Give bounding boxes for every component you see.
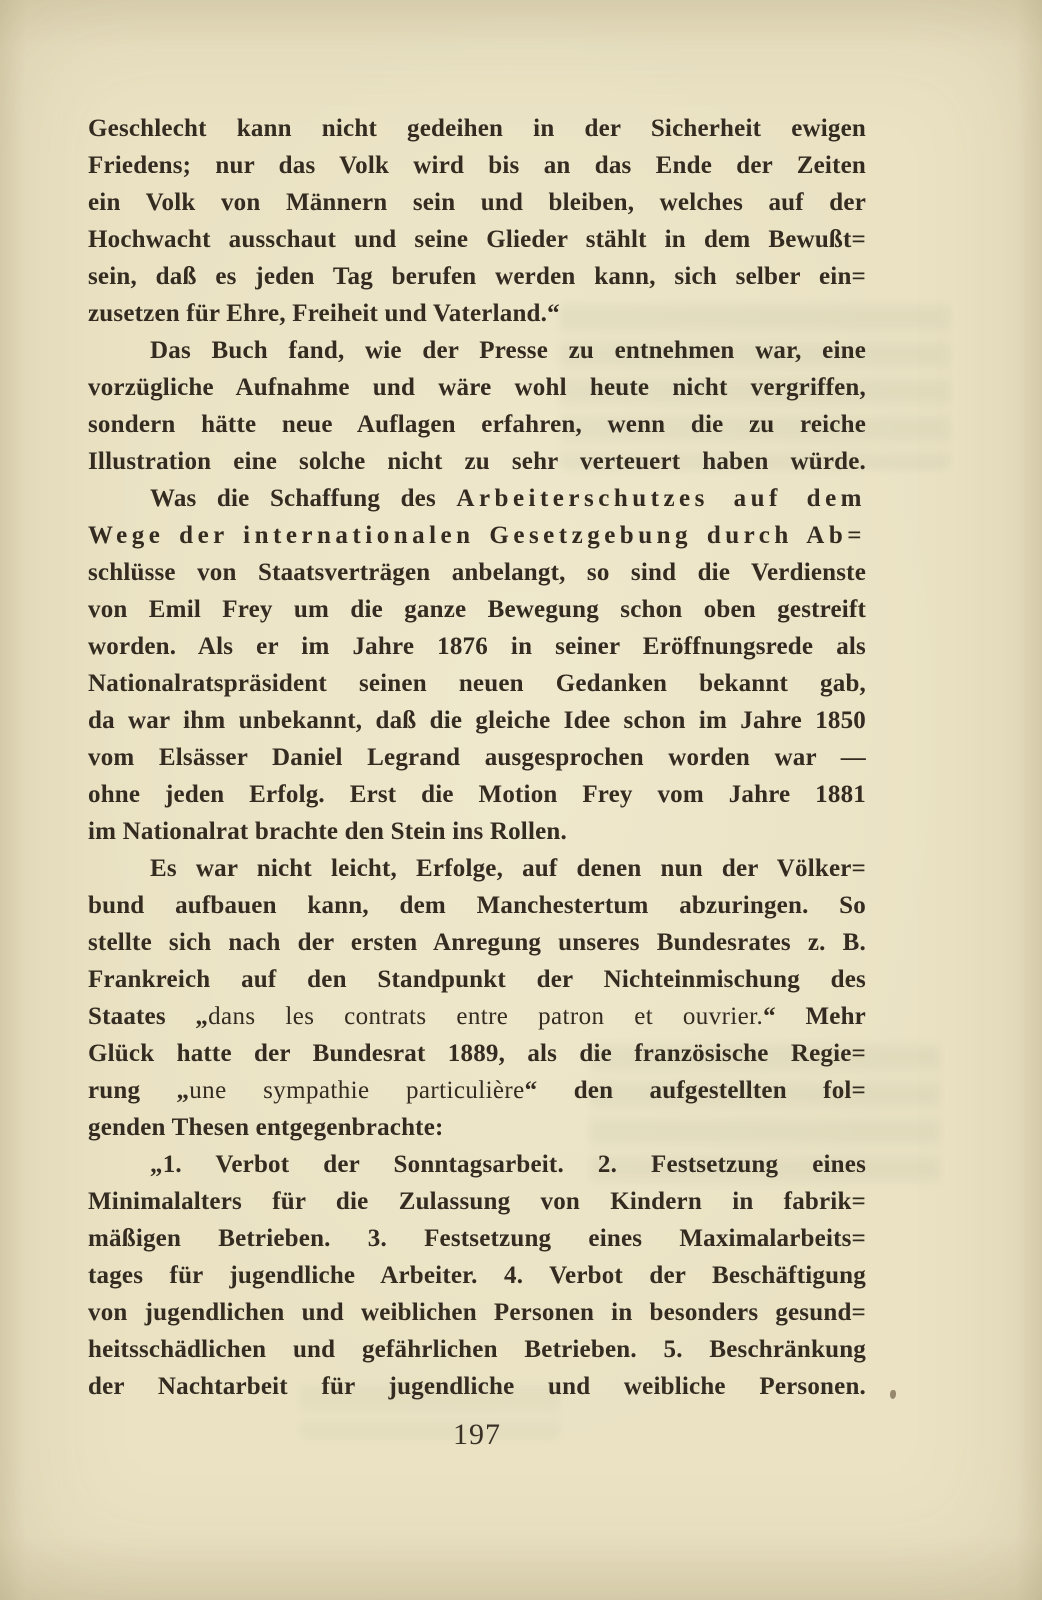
text-line: mäßigen Betrieben. 3. Festsetzung eines … <box>88 1220 866 1257</box>
fraktur-text: Friedens; nur das Volk wird bis an das E… <box>88 152 866 179</box>
text-line: Geschlecht kann nicht gedeihen in der Si… <box>88 110 866 147</box>
text-line: Friedens; nur das Volk wird bis an das E… <box>88 147 866 184</box>
fraktur-text: vorzügliche Aufnahme und wäre wohl heute… <box>88 374 866 401</box>
fraktur-text: Staates „ <box>88 1003 208 1030</box>
text-line: bund aufbauen kann, dem Manchestertum ab… <box>88 887 866 924</box>
text-line: Minimalalters für die Zulassung von Kind… <box>88 1183 866 1220</box>
fraktur-text: heitsschädlichen und gefährlichen Betrie… <box>88 1336 866 1363</box>
fraktur-text: Nationalratspräsident seinen neuen Gedan… <box>88 670 866 697</box>
text-line: von Emil Frey um die ganze Bewegung scho… <box>88 591 866 628</box>
text-line: „1. Verbot der Sonntagsarbeit. 2. Festse… <box>88 1146 866 1183</box>
fraktur-text: Das Buch fand, wie der Presse zu entnehm… <box>150 337 866 364</box>
fraktur-text: Minimalalters für die Zulassung von Kind… <box>88 1188 866 1215</box>
page-number: 197 <box>88 1418 866 1452</box>
fraktur-text: Geschlecht kann nicht gedeihen in der Si… <box>88 115 866 142</box>
fraktur-text: von jugendlichen und weiblichen Personen… <box>88 1299 866 1326</box>
text-line: genden Thesen entgegenbrachte: <box>88 1109 866 1146</box>
text-line: ohne jeden Erfolg. Erst die Motion Frey … <box>88 776 866 813</box>
text-line: da war ihm unbekannt, daß die gleiche Id… <box>88 702 866 739</box>
fraktur-text: sondern hätte neue Auflagen erfahren, we… <box>88 411 866 438</box>
text-line: sondern hätte neue Auflagen erfahren, we… <box>88 406 866 443</box>
fraktur-text: tages für jugendliche Arbeiter. 4. Verbo… <box>88 1262 866 1289</box>
text-line: Es war nicht leicht, Erfolge, auf denen … <box>88 850 866 887</box>
fraktur-text: da war ihm unbekannt, daß die gleiche Id… <box>88 707 866 734</box>
text-line: stellte sich nach der ersten Anregung un… <box>88 924 866 961</box>
text-line: Staates „dans les contrats entre patron … <box>88 998 866 1035</box>
fraktur-text: schlüsse von Staatsverträgen anbelangt, … <box>88 559 866 586</box>
fraktur-text: Hochwacht ausschaut und seine Glieder st… <box>88 226 866 253</box>
text-line: der Nachtarbeit für jugendliche und weib… <box>88 1368 866 1405</box>
text-line: im Nationalrat brachte den Stein ins Rol… <box>88 813 866 850</box>
fraktur-text: ohne jeden Erfolg. Erst die Motion Frey … <box>88 781 866 808</box>
text-line: Glück hatte der Bundesrat 1889, als die … <box>88 1035 866 1072</box>
fraktur-text: ein Volk von Männern sein und bleiben, w… <box>88 189 866 216</box>
fraktur-text: “ den aufgestellten fol= <box>525 1077 866 1104</box>
text-line: Das Buch fand, wie der Presse zu entnehm… <box>88 332 866 369</box>
letterspaced-emphasis: Arbeiterschutzes auf dem <box>456 485 866 512</box>
text-line: worden. Als er im Jahre 1876 in seiner E… <box>88 628 866 665</box>
roman-type-segment: une sympathie particulière <box>189 1077 524 1104</box>
text-line: sein, daß es jeden Tag berufen werden ka… <box>88 258 866 295</box>
text-line: vom Elsässer Daniel Legrand ausgesproche… <box>88 739 866 776</box>
text-line: schlüsse von Staatsverträgen anbelangt, … <box>88 554 866 591</box>
fraktur-text: stellte sich nach der ersten Anregung un… <box>88 929 866 956</box>
text-line: Illustration eine solche nicht zu sehr v… <box>88 443 866 480</box>
fraktur-text: bund aufbauen kann, dem Manchestertum ab… <box>88 892 866 919</box>
letterspaced-emphasis: Wege der internationalen Gesetzgebung du… <box>88 522 866 549</box>
text-line: Hochwacht ausschaut und seine Glieder st… <box>88 221 866 258</box>
book-page: Geschlecht kann nicht gedeihen in der Si… <box>0 0 1042 1600</box>
fraktur-text: rung „ <box>88 1077 189 1104</box>
text-line: Wege der internationalen Gesetzgebung du… <box>88 517 866 554</box>
fraktur-text: Was die Schaffung des <box>150 485 456 512</box>
fraktur-text: vom Elsässer Daniel Legrand ausgesproche… <box>88 744 866 771</box>
fraktur-text: zusetzen für Ehre, Freiheit und Vaterlan… <box>88 300 560 327</box>
fraktur-text: Illustration eine solche nicht zu sehr v… <box>88 448 866 475</box>
fraktur-text: “ Mehr <box>763 1003 866 1030</box>
fraktur-text: der Nachtarbeit für jugendliche und weib… <box>88 1373 866 1400</box>
text-line: rung „une sympathie particulière“ den au… <box>88 1072 866 1109</box>
fraktur-text: Glück hatte der Bundesrat 1889, als die … <box>88 1040 866 1067</box>
fraktur-text: „1. Verbot der Sonntagsarbeit. 2. Festse… <box>150 1151 866 1178</box>
text-line: tages für jugendliche Arbeiter. 4. Verbo… <box>88 1257 866 1294</box>
text-line: Was die Schaffung des Arbeiterschutzes a… <box>88 480 866 517</box>
scan-speck <box>890 1390 896 1399</box>
fraktur-text: genden Thesen entgegenbrachte: <box>88 1114 444 1141</box>
text-line: von jugendlichen und weiblichen Personen… <box>88 1294 866 1331</box>
text-line: Frankreich auf den Standpunkt der Nichte… <box>88 961 866 998</box>
fraktur-text: sein, daß es jeden Tag berufen werden ka… <box>88 263 866 290</box>
fraktur-text: Frankreich auf den Standpunkt der Nichte… <box>88 966 866 993</box>
text-line: ein Volk von Männern sein und bleiben, w… <box>88 184 866 221</box>
fraktur-text: Es war nicht leicht, Erfolge, auf denen … <box>150 855 866 882</box>
text-line: Nationalratspräsident seinen neuen Gedan… <box>88 665 866 702</box>
roman-type-segment: dans les contrats entre patron et ouvrie… <box>208 1003 763 1030</box>
fraktur-text: worden. Als er im Jahre 1876 in seiner E… <box>88 633 866 660</box>
text-line: zusetzen für Ehre, Freiheit und Vaterlan… <box>88 295 866 332</box>
fraktur-text: von Emil Frey um die ganze Bewegung scho… <box>88 596 866 623</box>
text-line: heitsschädlichen und gefährlichen Betrie… <box>88 1331 866 1368</box>
page-text: Geschlecht kann nicht gedeihen in der Si… <box>88 110 866 1405</box>
text-line: vorzügliche Aufnahme und wäre wohl heute… <box>88 369 866 406</box>
fraktur-text: im Nationalrat brachte den Stein ins Rol… <box>88 818 567 845</box>
fraktur-text: mäßigen Betrieben. 3. Festsetzung eines … <box>88 1225 866 1252</box>
